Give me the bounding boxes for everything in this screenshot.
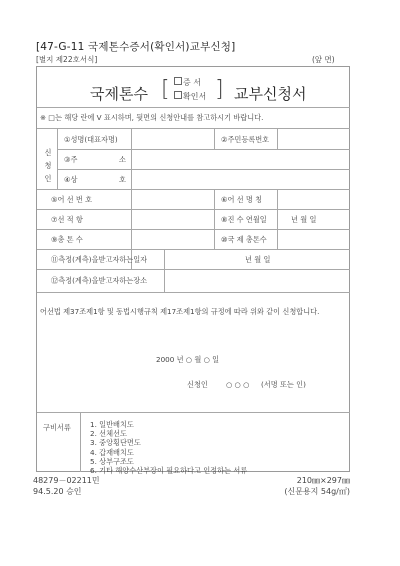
applicant-group-label: 신 청 인 [43, 146, 53, 185]
approval-date: 94.5.20 승인 [33, 486, 82, 497]
annex-label: [별지 제22호서식] [36, 54, 97, 65]
launch-date-label: ⑧진 수 연월일 [221, 215, 267, 225]
divider [277, 189, 278, 249]
bracket-close: ] [215, 77, 224, 102]
launch-date-input[interactable]: 년 월 일 [291, 215, 316, 225]
measure-date-label: ⑪측정(계측)을받고자하는일자 [51, 255, 147, 265]
name-input[interactable] [133, 130, 213, 148]
intl-tonnage-input[interactable] [279, 231, 349, 248]
divider [37, 412, 350, 413]
divider [37, 209, 350, 210]
required-doc-item: 6. 기타 해양수산부장이 필요하다고 인정하는 서류 [90, 466, 247, 475]
bracket-open: [ [161, 77, 170, 102]
required-docs-label: 구비서류 [43, 423, 71, 433]
divider [37, 189, 350, 190]
tonnage-label: ⑨총 톤 수 [51, 235, 83, 245]
vessel-number-label: ⑤어 선 번 호 [51, 195, 92, 205]
divider [214, 189, 215, 249]
divider [80, 412, 81, 472]
name-label: ①성명(대표자명) [64, 135, 118, 145]
form-code-title: [47-G-11 국제톤수증서(확인서)교부신청] [36, 39, 235, 54]
divider [37, 107, 350, 108]
title-suffix: 교부신청서 [234, 83, 306, 104]
divider [57, 169, 350, 170]
paper-size: 210㎜×297㎜ [297, 475, 350, 486]
option-certificate[interactable]: 증 서 [174, 77, 201, 88]
divider [131, 129, 132, 269]
vessel-number-input[interactable] [133, 191, 213, 208]
rrn-label: ②주민등록번호 [221, 135, 269, 145]
address-label: ③주 [64, 155, 77, 165]
form-number: 48279－02211민 [33, 475, 100, 486]
measure-place-label: ⑫측정(계측)을받고자하는장소 [51, 276, 147, 286]
declaration-date[interactable]: 2000 년 ○ 월 ○ 일 [156, 355, 219, 365]
port-label: ⑦선 적 항 [51, 215, 83, 225]
divider [37, 269, 350, 270]
divider [57, 149, 350, 150]
port-input[interactable] [133, 211, 213, 228]
required-docs-list: 1. 일반배치도 2. 선체선도 3. 중앙횡단면도 4. 갑재배치도 5. 상… [90, 420, 247, 475]
required-doc-item: 4. 갑재배치도 [90, 448, 247, 457]
required-doc-item: 2. 선체선도 [90, 429, 247, 438]
paper-type: (신문용지 54g/㎡) [284, 486, 350, 497]
divider [37, 229, 350, 230]
vessel-name-input[interactable] [279, 191, 349, 208]
divider [277, 129, 278, 149]
form-frame: 국제톤수 [ 증 서 확인서 ] 교부신청서 ※ □는 해당 란에 V 표시하며… [36, 66, 350, 472]
applicant-sign-name[interactable]: ○ ○ ○ [226, 380, 249, 389]
rrn-input[interactable] [279, 130, 349, 148]
address-input[interactable] [133, 151, 349, 168]
notice-text: ※ □는 해당 란에 V 표시하며, 뒷면의 신청안내를 참고하시기 바랍니다. [40, 113, 263, 123]
sign-or-seal: (서명 또는 인) [261, 380, 306, 390]
required-doc-item: 1. 일반배치도 [90, 420, 247, 429]
option-confirmation[interactable]: 확인서 [174, 91, 206, 102]
vessel-name-label: ⑥어 선 명 칭 [221, 195, 262, 205]
declaration-text: 어선법 제37조제1항 및 동법시행규칙 제17조제1항의 규정에 따라 위와 … [40, 307, 319, 317]
trade-label-end: 호 [119, 175, 126, 185]
required-doc-item: 5. 상부구조도 [90, 457, 247, 466]
divider [57, 129, 58, 189]
address-label-end: 소 [119, 155, 126, 165]
divider [37, 249, 350, 250]
trade-input[interactable] [133, 171, 349, 188]
divider [164, 249, 165, 292]
divider [214, 129, 215, 149]
required-doc-item: 3. 중앙횡단면도 [90, 438, 247, 447]
form-title: 국제톤수 [ 증 서 확인서 ] 교부신청서 [37, 77, 351, 107]
checkbox-icon[interactable] [174, 91, 182, 99]
measure-date-input[interactable]: 년 월 일 [245, 255, 270, 265]
title-prefix: 국제톤수 [90, 83, 148, 104]
trade-label: ④상 [64, 175, 77, 185]
applicant-sign-label: 신청인 [187, 380, 208, 390]
checkbox-icon[interactable] [174, 77, 182, 85]
tonnage-input[interactable] [133, 231, 213, 248]
divider [37, 128, 350, 129]
side-label: (앞 면) [312, 54, 335, 65]
intl-tonnage-label: ⑩국 제 총톤수 [221, 235, 267, 245]
measure-place-input[interactable] [166, 271, 349, 291]
divider [37, 292, 350, 293]
